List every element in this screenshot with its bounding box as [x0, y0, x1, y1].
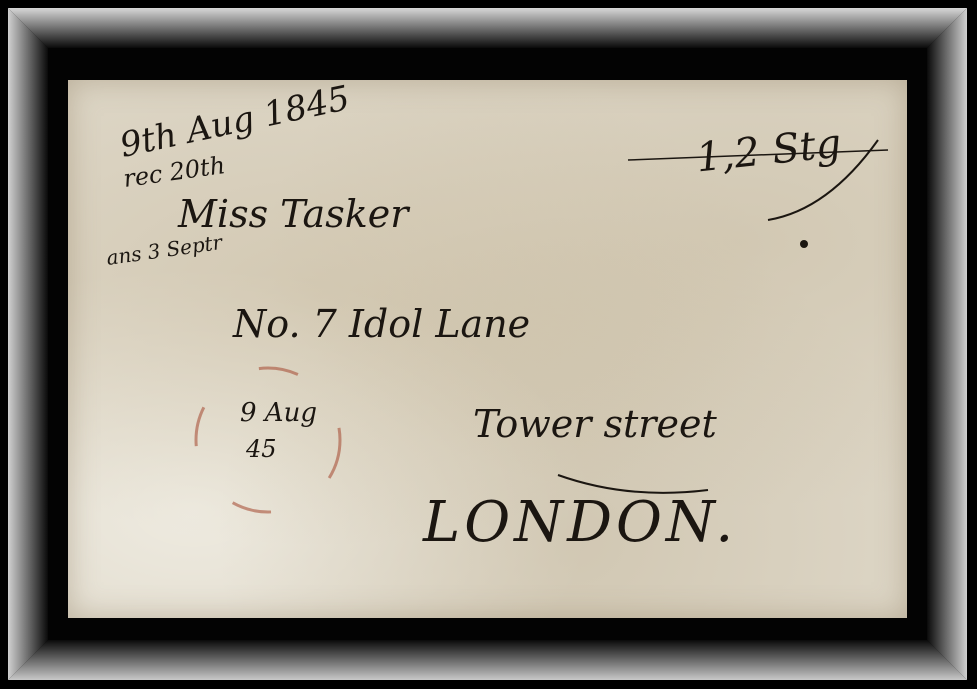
- postmark-circle: [68, 80, 907, 618]
- envelope: 9th Aug 1845 rec 20th ans 3 Septr 1,2 St…: [68, 80, 907, 618]
- frame-bevel-left: [8, 8, 48, 680]
- frame-bevel-right: [927, 8, 967, 680]
- image-background: 9th Aug 1845 rec 20th ans 3 Septr 1,2 St…: [0, 0, 977, 689]
- postmark-date: 9 Aug: [240, 398, 317, 428]
- frame-bevel-top: [8, 8, 967, 48]
- frame-bevel-bottom: [8, 640, 967, 680]
- postmark-year: 45: [246, 435, 277, 463]
